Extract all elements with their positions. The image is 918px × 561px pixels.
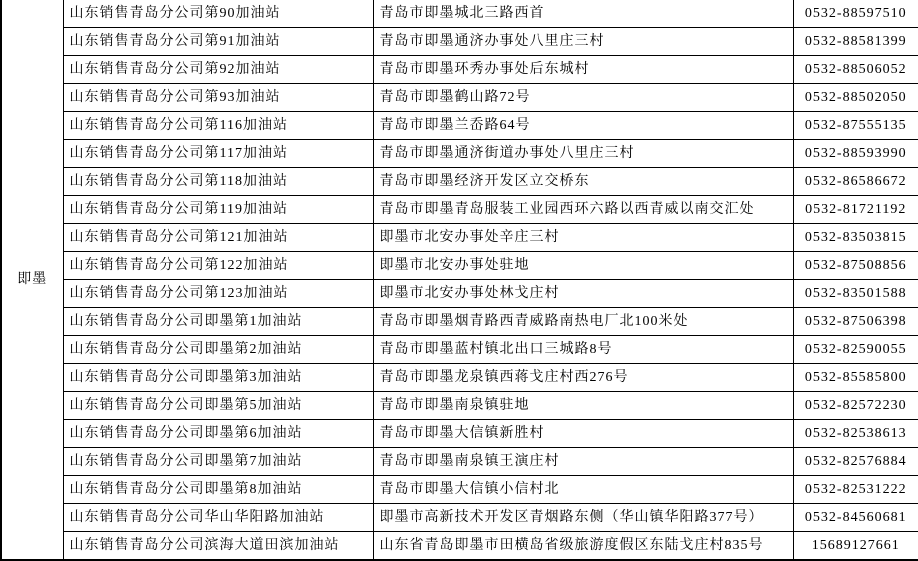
table-row: 山东销售青岛分公司即墨第2加油站青岛市即墨蓝村镇北出口三城路8号0532-825… — [1, 336, 918, 364]
station-name-cell: 山东销售青岛分公司第122加油站 — [63, 252, 373, 280]
table-row: 山东销售青岛分公司第117加油站青岛市即墨通济街道办事处八里庄三村0532-88… — [1, 140, 918, 168]
gas-station-directory: 即墨山东销售青岛分公司第90加油站青岛市即墨城北三路西首0532-8859751… — [0, 0, 918, 561]
station-address-cell: 即墨市高新技术开发区青烟路东侧（华山镇华阳路377号） — [373, 504, 793, 532]
station-name-cell: 山东销售青岛分公司即墨第5加油站 — [63, 392, 373, 420]
station-phone-cell: 0532-88597510 — [793, 0, 918, 28]
station-name-cell: 山东销售青岛分公司即墨第6加油站 — [63, 420, 373, 448]
station-address-cell: 青岛市即墨经济开发区立交桥东 — [373, 168, 793, 196]
station-name-cell: 山东销售青岛分公司第116加油站 — [63, 112, 373, 140]
table-row: 山东销售青岛分公司第121加油站即墨市北安办事处辛庄三村0532-8350381… — [1, 224, 918, 252]
station-address-cell: 青岛市即墨龙泉镇西蒋戈庄村西276号 — [373, 364, 793, 392]
station-address-cell: 青岛市即墨南泉镇王演庄村 — [373, 448, 793, 476]
station-name-cell: 山东销售青岛分公司第121加油站 — [63, 224, 373, 252]
station-address-cell: 即墨市北安办事处辛庄三村 — [373, 224, 793, 252]
station-name-cell: 山东销售青岛分公司第117加油站 — [63, 140, 373, 168]
station-address-cell: 青岛市即墨烟青路西青威路南热电厂北100米处 — [373, 308, 793, 336]
station-phone-cell: 0532-83501588 — [793, 280, 918, 308]
station-phone-cell: 15689127661 — [793, 532, 918, 561]
table-row: 山东销售青岛分公司即墨第8加油站青岛市即墨大信镇小信村北0532-8253122… — [1, 476, 918, 504]
station-address-cell: 青岛市即墨青岛服装工业园西环六路以西青威以南交汇处 — [373, 196, 793, 224]
station-name-cell: 山东销售青岛分公司即墨第2加油站 — [63, 336, 373, 364]
station-phone-cell: 0532-87508856 — [793, 252, 918, 280]
station-address-cell: 青岛市即墨城北三路西首 — [373, 0, 793, 28]
station-phone-cell: 0532-82590055 — [793, 336, 918, 364]
station-name-cell: 山东销售青岛分公司即墨第3加油站 — [63, 364, 373, 392]
station-name-cell: 山东销售青岛分公司第118加油站 — [63, 168, 373, 196]
table-body: 即墨山东销售青岛分公司第90加油站青岛市即墨城北三路西首0532-8859751… — [1, 0, 918, 560]
station-name-cell: 山东销售青岛分公司第91加油站 — [63, 28, 373, 56]
station-name-cell: 山东销售青岛分公司即墨第1加油站 — [63, 308, 373, 336]
station-address-cell: 山东省青岛即墨市田横岛省级旅游度假区东陆戈庄村835号 — [373, 532, 793, 561]
station-phone-cell: 0532-82576884 — [793, 448, 918, 476]
station-name-cell: 山东销售青岛分公司即墨第7加油站 — [63, 448, 373, 476]
table-row: 山东销售青岛分公司即墨第5加油站青岛市即墨南泉镇驻地0532-82572230 — [1, 392, 918, 420]
gas-stations-table: 即墨山东销售青岛分公司第90加油站青岛市即墨城北三路西首0532-8859751… — [0, 0, 918, 561]
station-address-cell: 青岛市即墨大信镇小信村北 — [373, 476, 793, 504]
station-phone-cell: 0532-88593990 — [793, 140, 918, 168]
station-phone-cell: 0532-81721192 — [793, 196, 918, 224]
station-phone-cell: 0532-87555135 — [793, 112, 918, 140]
table-row: 山东销售青岛分公司即墨第6加油站青岛市即墨大信镇新胜村0532-82538613 — [1, 420, 918, 448]
table-row: 山东销售青岛分公司第116加油站青岛市即墨兰岙路64号0532-87555135 — [1, 112, 918, 140]
table-row: 山东销售青岛分公司华山华阳路加油站即墨市高新技术开发区青烟路东侧（华山镇华阳路3… — [1, 504, 918, 532]
station-address-cell: 即墨市北安办事处驻地 — [373, 252, 793, 280]
station-address-cell: 青岛市即墨通济街道办事处八里庄三村 — [373, 140, 793, 168]
station-phone-cell: 0532-88581399 — [793, 28, 918, 56]
station-address-cell: 青岛市即墨大信镇新胜村 — [373, 420, 793, 448]
station-phone-cell: 0532-84560681 — [793, 504, 918, 532]
station-name-cell: 山东销售青岛分公司第90加油站 — [63, 0, 373, 28]
station-phone-cell: 0532-83503815 — [793, 224, 918, 252]
table-row: 山东销售青岛分公司第119加油站青岛市即墨青岛服装工业园西环六路以西青威以南交汇… — [1, 196, 918, 224]
table-row: 山东销售青岛分公司第118加油站青岛市即墨经济开发区立交桥东0532-86586… — [1, 168, 918, 196]
station-phone-cell: 0532-87506398 — [793, 308, 918, 336]
station-phone-cell: 0532-88506052 — [793, 56, 918, 84]
station-phone-cell: 0532-82531222 — [793, 476, 918, 504]
station-name-cell: 山东销售青岛分公司第123加油站 — [63, 280, 373, 308]
station-address-cell: 青岛市即墨蓝村镇北出口三城路8号 — [373, 336, 793, 364]
station-phone-cell: 0532-82538613 — [793, 420, 918, 448]
table-row: 山东销售青岛分公司第93加油站青岛市即墨鹤山路72号0532-88502050 — [1, 84, 918, 112]
station-address-cell: 青岛市即墨通济办事处八里庄三村 — [373, 28, 793, 56]
table-row: 即墨山东销售青岛分公司第90加油站青岛市即墨城北三路西首0532-8859751… — [1, 0, 918, 28]
station-address-cell: 即墨市北安办事处林戈庄村 — [373, 280, 793, 308]
table-row: 山东销售青岛分公司第92加油站青岛市即墨环秀办事处后东城村0532-885060… — [1, 56, 918, 84]
station-phone-cell: 0532-86586672 — [793, 168, 918, 196]
table-row: 山东销售青岛分公司第123加油站即墨市北安办事处林戈庄村0532-8350158… — [1, 280, 918, 308]
region-label: 即墨 — [1, 0, 63, 560]
table-row: 山东销售青岛分公司即墨第1加油站青岛市即墨烟青路西青威路南热电厂北100米处05… — [1, 308, 918, 336]
table-row: 山东销售青岛分公司第122加油站即墨市北安办事处驻地0532-87508856 — [1, 252, 918, 280]
station-name-cell: 山东销售青岛分公司滨海大道田滨加油站 — [63, 532, 373, 561]
table-row: 山东销售青岛分公司即墨第3加油站青岛市即墨龙泉镇西蒋戈庄村西276号0532-8… — [1, 364, 918, 392]
table-row: 山东销售青岛分公司即墨第7加油站青岛市即墨南泉镇王演庄村0532-8257688… — [1, 448, 918, 476]
station-name-cell: 山东销售青岛分公司华山华阳路加油站 — [63, 504, 373, 532]
table-row: 山东销售青岛分公司滨海大道田滨加油站山东省青岛即墨市田横岛省级旅游度假区东陆戈庄… — [1, 532, 918, 561]
station-address-cell: 青岛市即墨南泉镇驻地 — [373, 392, 793, 420]
station-name-cell: 山东销售青岛分公司第92加油站 — [63, 56, 373, 84]
station-address-cell: 青岛市即墨兰岙路64号 — [373, 112, 793, 140]
station-phone-cell: 0532-85585800 — [793, 364, 918, 392]
station-address-cell: 青岛市即墨鹤山路72号 — [373, 84, 793, 112]
station-phone-cell: 0532-82572230 — [793, 392, 918, 420]
station-address-cell: 青岛市即墨环秀办事处后东城村 — [373, 56, 793, 84]
station-name-cell: 山东销售青岛分公司第93加油站 — [63, 84, 373, 112]
table-row: 山东销售青岛分公司第91加油站青岛市即墨通济办事处八里庄三村0532-88581… — [1, 28, 918, 56]
station-name-cell: 山东销售青岛分公司即墨第8加油站 — [63, 476, 373, 504]
station-phone-cell: 0532-88502050 — [793, 84, 918, 112]
station-name-cell: 山东销售青岛分公司第119加油站 — [63, 196, 373, 224]
